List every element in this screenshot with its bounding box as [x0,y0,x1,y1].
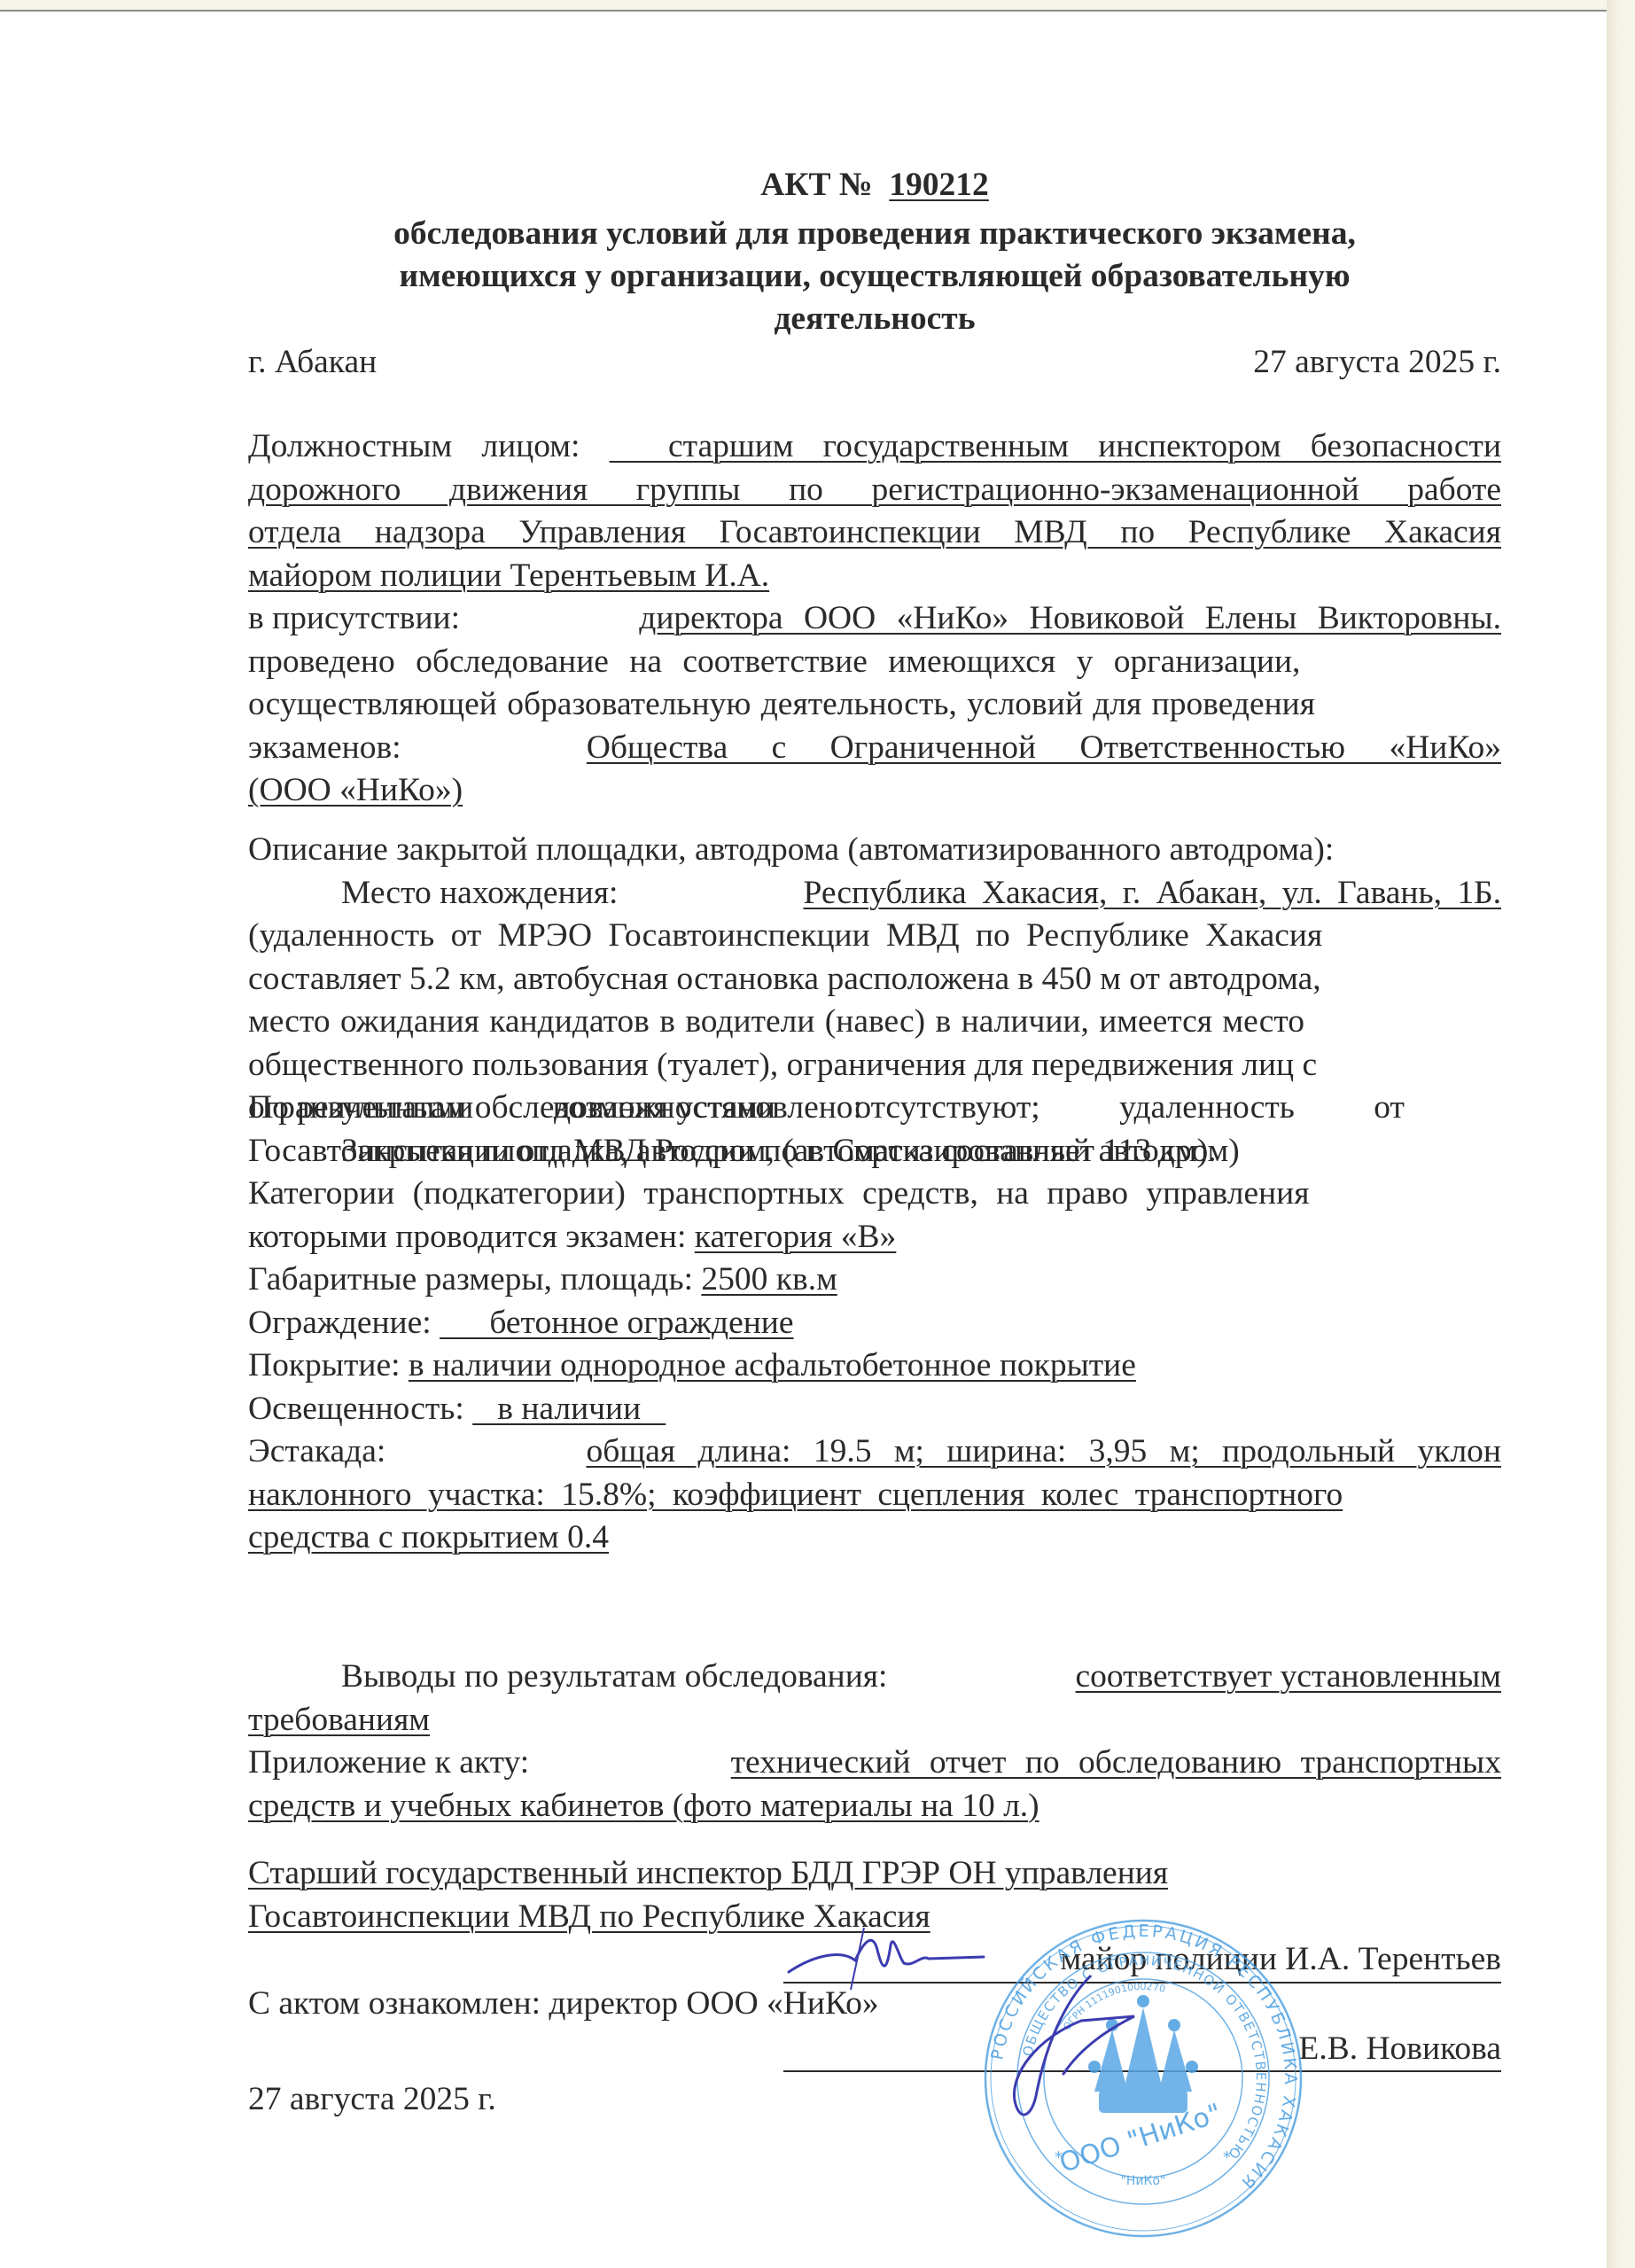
lighting-label: Освещенность: [248,1391,472,1427]
details-line-4: общественного пользования (туалет), огра… [248,1044,1501,1087]
city: г. Абакан [248,341,377,384]
stamp-star-right: * [1223,2148,1231,2167]
results-heading: По результатам обследования установлено: [248,1087,1501,1130]
details-line-3: место ожидания кандидатов в водители (на… [248,1001,1501,1044]
location-value: Республика Хакасия, г. Абакан, ул. Гаван… [803,872,1501,916]
act-number: 190212 [889,167,989,203]
categories-value: категория «В» [695,1219,897,1255]
details-line-1: (удаленность от МРЭО Госавтоинспекции МВ… [248,915,1501,958]
scan-edge [1607,0,1635,2268]
conclusion-value-line-2: требованиям [248,1699,430,1742]
conclusion-block: Выводы по результатам обследования: соот… [248,1656,1501,1828]
director-signature [984,1968,1161,2127]
surface-label: Покрытие: [248,1347,409,1383]
official-line-4: майором полиции Терентьевым И.А. [248,555,1501,598]
fence-label: Ограждение: [248,1305,440,1341]
official-line-3: отдела надзора Управления Госавтоинспекц… [248,511,1501,555]
site-type: Закрытая площадка, автодром, (автоматизи… [248,1130,1501,1173]
conclusion-value-line-1: соответствует установленным [1076,1656,1501,1699]
dimensions-label: Габаритные размеры, площадь: [248,1261,701,1298]
conclusion-label: Выводы по результатам обследования: [341,1656,887,1699]
act-subtitle-line-3: деятельность [248,298,1501,340]
fence-value: бетонное ограждение [440,1305,793,1341]
director-name: Е.В. Новикова [1298,2030,1501,2067]
official-label: Должностным лицом: [248,428,580,464]
official-line-2: дорожного движения группы по регистрацио… [248,469,1501,512]
act-subtitle-line-1: обследования условий для проведения прак… [248,213,1501,255]
appendix-value-line-1: технический отчет по обследованию трансп… [731,1742,1501,1785]
dimensions-value: 2500 кв.м [701,1261,837,1298]
lighting-value: в наличии [472,1391,666,1427]
stamp-star-left: * [1055,2148,1063,2167]
conducted-line-1: проведено обследование на соответствие и… [248,641,1501,684]
overpass-line-1: общая длина: 19.5 м; ширина: 3,95 м; про… [586,1430,1501,1474]
presence-label: в присутствии: [248,597,460,641]
overpass-line-2: наклонного участка: 15.8%; коэффициент с… [248,1474,1501,1517]
appendix-label: Приложение к акту: [248,1742,529,1785]
act-subtitle-line-2: имеющихся у организации, осуществляющей … [248,255,1501,298]
act-date: 27 августа 2025 г. [1253,341,1501,384]
act-title-prefix: АКТ № [760,167,872,203]
director-name-row: Е.В. Новикова [248,2028,1501,2071]
official-block: Должностным лицом: старшим государственн… [248,425,1501,813]
overpass-label: Эстакада: [248,1430,385,1474]
overpass-line-3: средства с покрытием 0.4 [248,1516,609,1560]
categories-line-1: Категории (подкатегории) транспортных ср… [248,1173,1501,1216]
official-line-1: старшим государственным инспектором безо… [610,428,1501,464]
appendix-value-line-2: средств и учебных кабинетов (фото матери… [248,1785,1039,1828]
place-date-row: г. Абакан 27 августа 2025 г. [248,341,1501,384]
description-heading: Описание закрытой площадки, автодрома (а… [248,829,1501,872]
act-title: АКТ № 190212 [248,164,1501,207]
org-name-line-1: Общества с Ограниченной Ответственностью… [587,727,1501,770]
stamp-bottom-text: "НиКо" [1120,2174,1165,2188]
results-block: По результатам обследования установлено:… [248,1087,1501,1560]
conducted-line-2: осуществляющей образовательную деятельно… [248,683,1501,727]
details-line-2: составляет 5.2 км, автобусная остановка … [248,958,1501,1002]
footer-date-row: 27 августа 2025 г. [248,2078,1501,2122]
categories-label: которыми проводится экзамен: [248,1219,695,1255]
inspector-title-line-1: Старший государственный инспектор БДД ГР… [248,1852,1168,1896]
exams-label: экзаменов: [248,727,401,770]
location-label: Место нахождения: [341,872,618,916]
inspector-signature [780,1923,993,1994]
org-name-line-2: (ООО «НиКо») [248,769,463,813]
surface-value: в наличии однородное асфальтобетонное по… [409,1347,1136,1383]
presence-value: директора ООО «НиКо» Новиковой Елены Вик… [639,597,1501,641]
footer-date: 27 августа 2025 г. [248,2081,496,2117]
